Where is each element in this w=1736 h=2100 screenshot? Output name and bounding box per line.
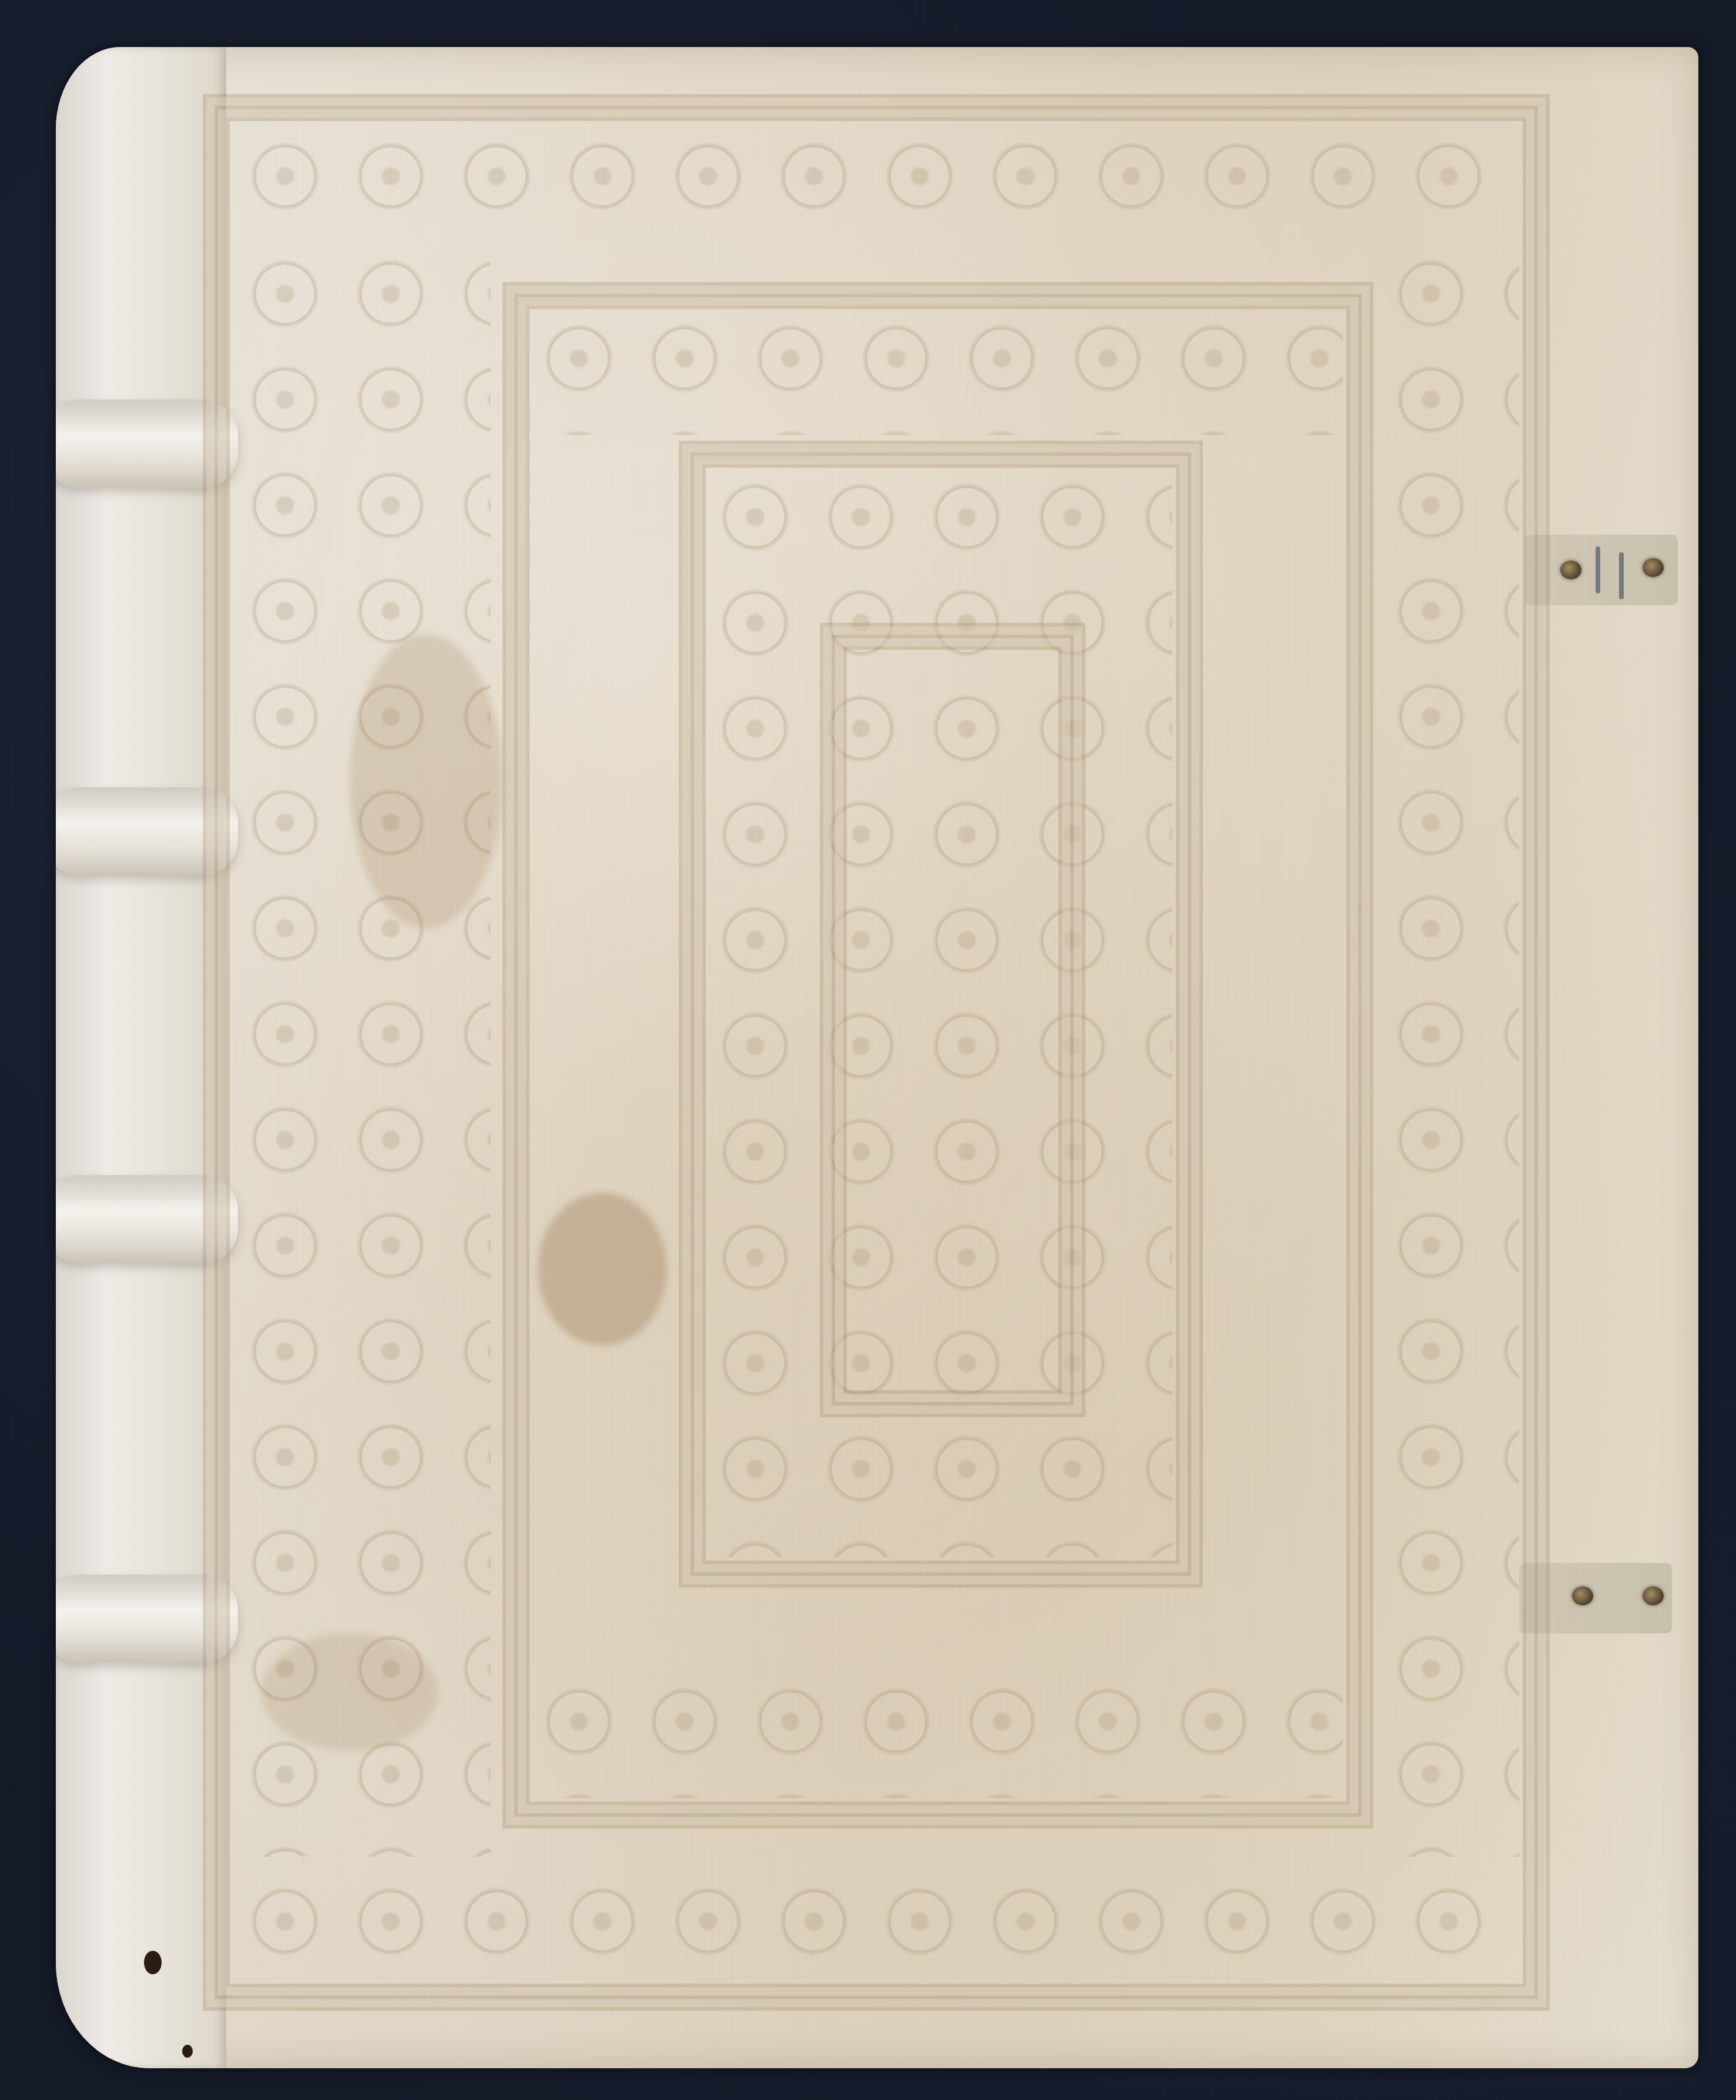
stain-mark xyxy=(350,635,502,928)
brass-nail-icon xyxy=(1643,558,1664,577)
spine-band xyxy=(56,1175,238,1263)
spine-band xyxy=(56,400,238,488)
spine-band xyxy=(56,787,238,875)
upper-clasp-catch xyxy=(1525,535,1678,605)
ink-mark xyxy=(1619,552,1624,599)
brass-nail-icon xyxy=(1643,1586,1664,1605)
lower-clasp-catch xyxy=(1519,1563,1672,1633)
brass-nail-icon xyxy=(1560,561,1581,579)
book-cover xyxy=(56,47,1698,2068)
left-ornament-band xyxy=(232,241,491,1857)
brass-nail-icon xyxy=(1572,1586,1593,1605)
ink-mark xyxy=(1596,546,1600,593)
center-panel xyxy=(832,635,1074,1405)
book-spine xyxy=(56,47,226,2068)
stain-mark xyxy=(262,1633,438,1751)
right-ornament-band xyxy=(1378,241,1519,1857)
worm-hole xyxy=(182,2045,193,2058)
spine-band xyxy=(56,1575,238,1663)
middle-bottom-ornament xyxy=(526,1669,1343,1798)
bottom-ornament-band xyxy=(232,1868,1513,1974)
worm-hole xyxy=(144,1951,162,1974)
top-ornament-band xyxy=(232,123,1513,229)
middle-top-ornament xyxy=(526,306,1343,435)
stain-mark xyxy=(538,1193,667,1346)
